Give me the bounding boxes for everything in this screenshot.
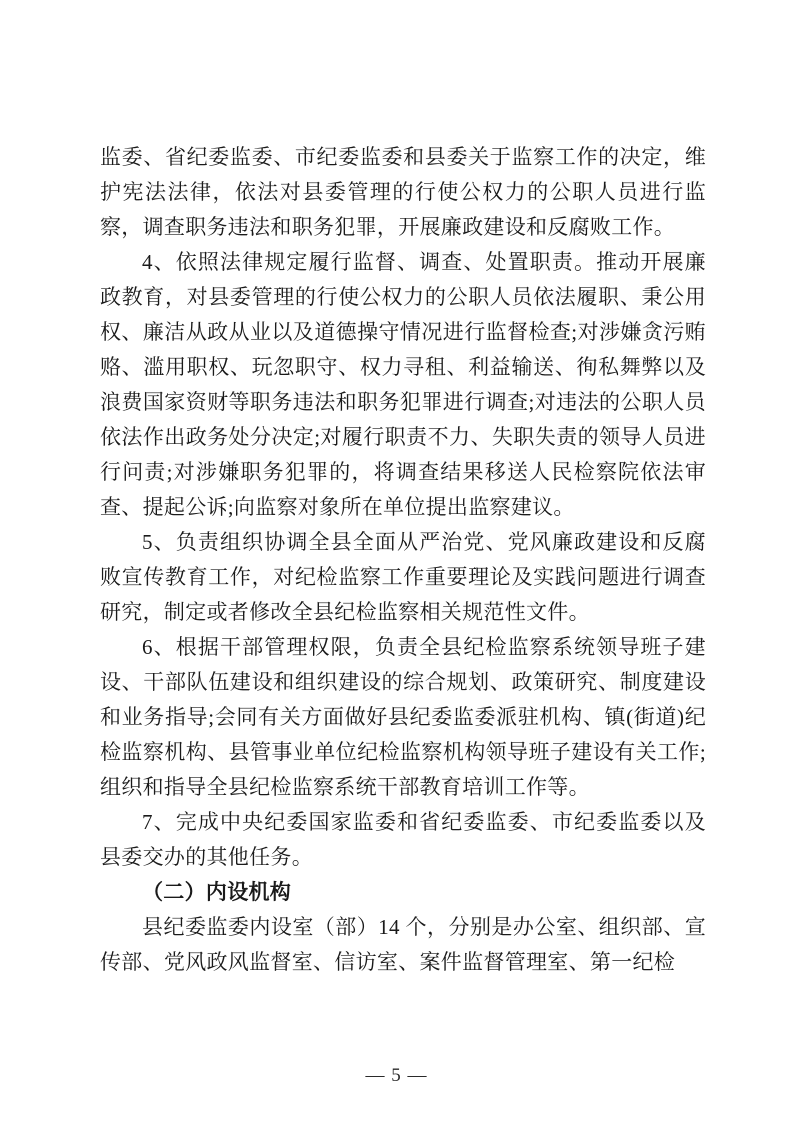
section-heading-internal-organs: （二）内设机构 [100, 875, 706, 910]
paragraph-item-6: 6、根据干部管理权限，负责全县纪检监察系统领导班子建设、干部队伍建设和组织建设的… [100, 630, 706, 805]
document-page: 监委、省纪委监委、市纪委监委和县委关于监察工作的决定，维护宪法法律，依法对县委管… [0, 0, 793, 1122]
paragraph-item-4: 4、依照法律规定履行监督、调查、处置职责。推动开展廉政教育，对县委管理的行使公权… [100, 245, 706, 525]
page-footer: — 5 — [0, 1063, 793, 1089]
page-number: — 5 — [366, 1065, 428, 1086]
paragraph-item-7: 7、完成中央纪委国家监委和省纪委监委、市纪委监委以及县委交办的其他任务。 [100, 805, 706, 875]
paragraph-item-5: 5、负责组织协调全县全面从严治党、党风廉政建设和反腐败宣传教育工作，对纪检监察工… [100, 525, 706, 630]
paragraph-continuation: 监委、省纪委监委、市纪委监委和县委关于监察工作的决定，维护宪法法律，依法对县委管… [100, 140, 706, 245]
paragraph-internal-organs: 县纪委监委内设室（部）14 个，分别是办公室、组织部、宣传部、党风政风监督室、信… [100, 910, 706, 980]
document-body: 监委、省纪委监委、市纪委监委和县委关于监察工作的决定，维护宪法法律，依法对县委管… [100, 140, 706, 980]
